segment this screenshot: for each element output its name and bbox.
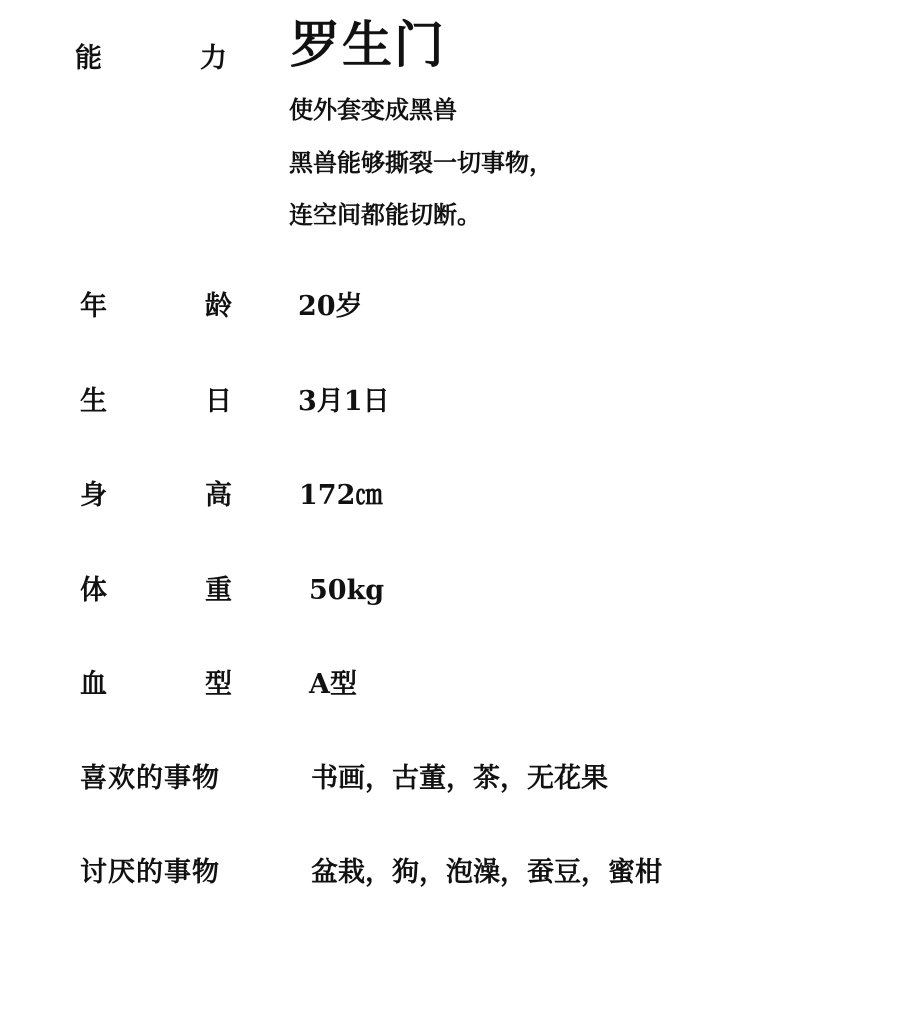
likes-label: 喜欢的事物 — [80, 765, 220, 792]
birthday-value: 3月1日 — [298, 388, 390, 415]
age-label-left: 年 — [80, 293, 107, 320]
dislikes-label: 讨厌的事物 — [80, 859, 220, 886]
ability-description-line-2: 黑兽能够撕裂一切事物， — [289, 151, 553, 175]
blood-type-value: A型 — [309, 671, 357, 698]
blood-type-label-left: 血 — [80, 671, 107, 698]
blood-type-label-right: 型 — [205, 671, 232, 698]
age-value: 20岁 — [298, 293, 363, 320]
birthday-label-left: 生 — [80, 388, 107, 415]
height-label-left: 身 — [80, 482, 107, 509]
weight-label-left: 体 — [80, 577, 107, 604]
birthday-label-right: 日 — [205, 388, 232, 415]
weight-value: 50kg — [309, 577, 384, 604]
ability-label-left: 能 — [75, 45, 102, 72]
ability-name: 罗生门 — [290, 20, 446, 70]
height-value: 172㎝ — [299, 482, 382, 509]
height-label-right: 高 — [205, 482, 232, 509]
dislikes-value: 盆栽，狗，泡澡，蚕豆，蜜柑 — [311, 859, 662, 886]
weight-label-right: 重 — [205, 577, 232, 604]
ability-label-right: 力 — [200, 45, 227, 72]
ability-description-line-1: 使外套变成黑兽 — [289, 98, 457, 122]
likes-value: 书画，古董，茶，无花果 — [311, 765, 608, 792]
age-label-right: 龄 — [205, 293, 232, 320]
ability-description-line-3: 连空间都能切断。 — [289, 203, 481, 227]
